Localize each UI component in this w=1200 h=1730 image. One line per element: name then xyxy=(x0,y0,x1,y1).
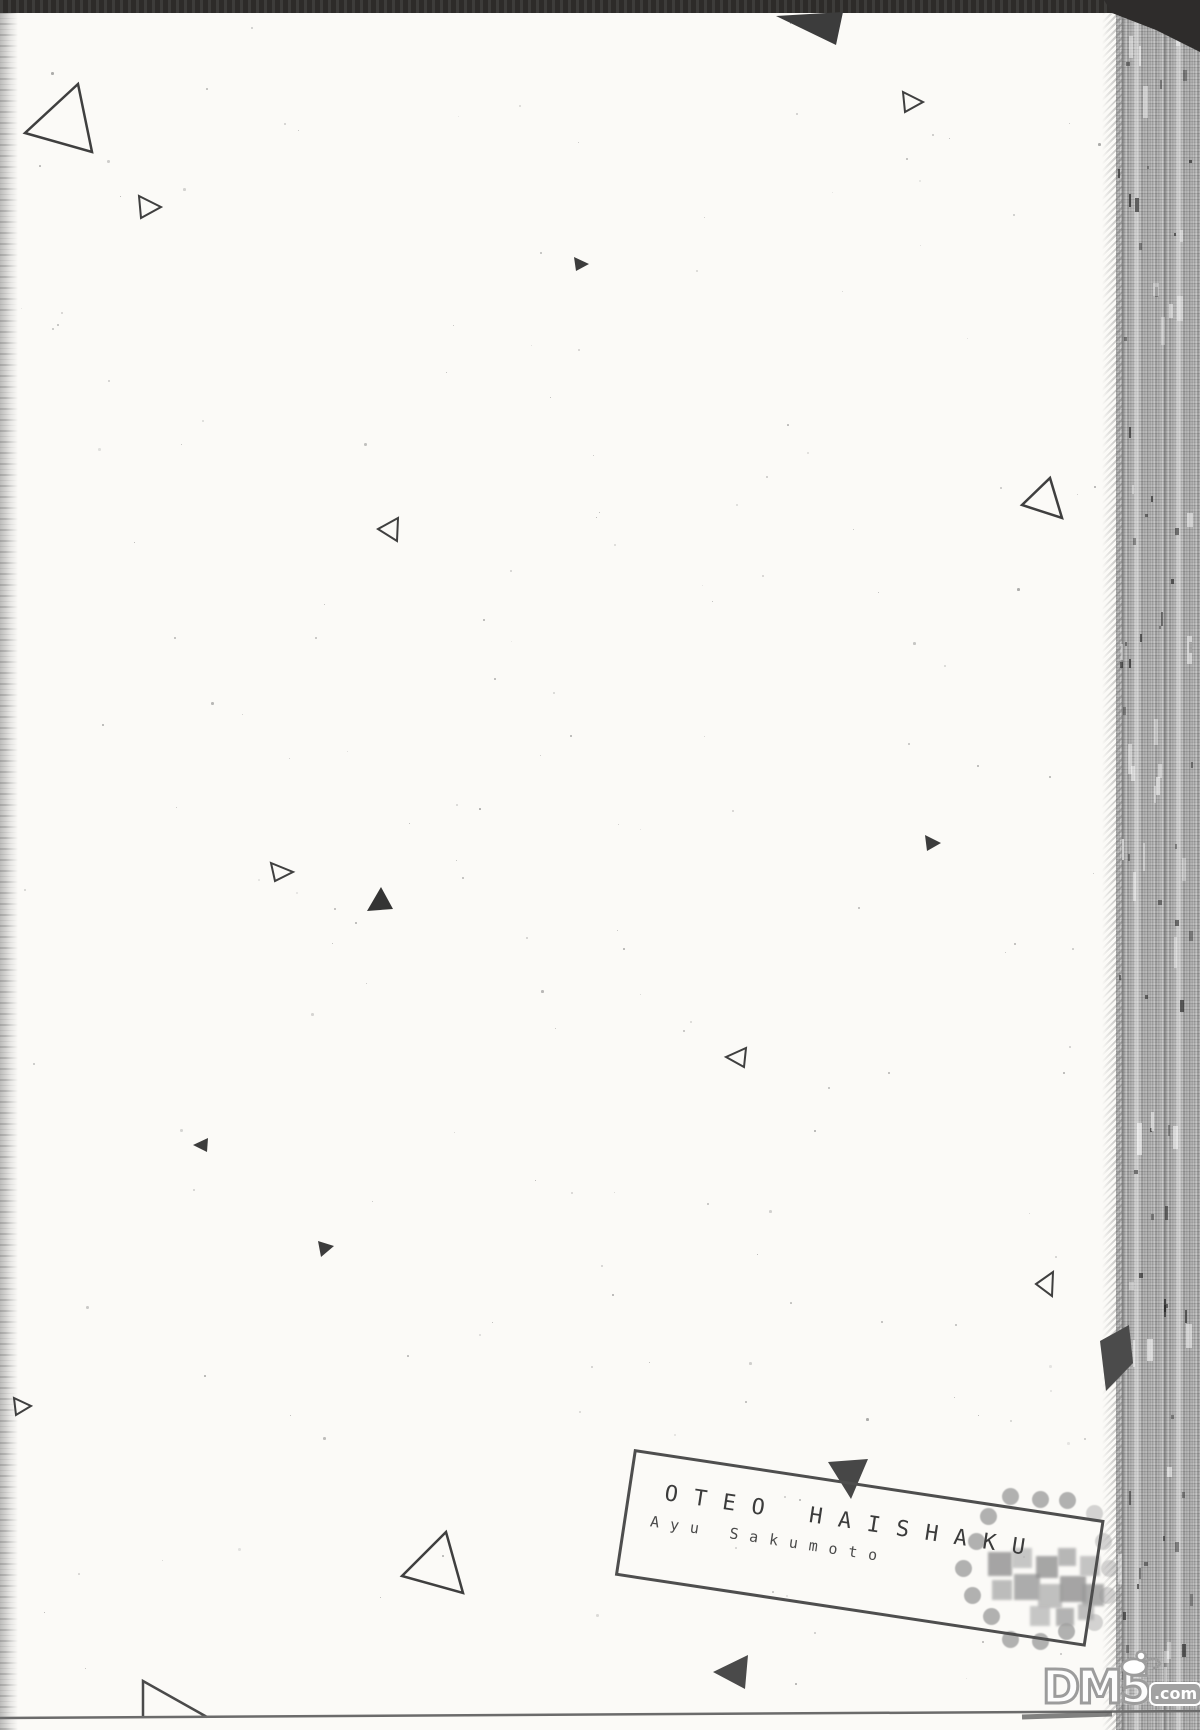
triangle-outline-icon xyxy=(14,1398,31,1415)
stamp-dot xyxy=(1059,1492,1076,1509)
triangle-corner-shape xyxy=(143,1681,207,1717)
dm5-com-badge: .com xyxy=(1151,1684,1200,1704)
gutter-dark-blotch xyxy=(1100,1325,1133,1391)
stamp-dot xyxy=(1002,1488,1019,1505)
triangle-filled-icon xyxy=(776,12,843,45)
triangle-outline-icon xyxy=(25,84,92,152)
stamp-dot xyxy=(1032,1491,1049,1508)
triangle-outline-icon xyxy=(1036,1272,1053,1296)
triangle-filled-icon xyxy=(318,1241,334,1257)
triangle-filled-icon xyxy=(193,1138,208,1152)
triangle-outline-icon xyxy=(903,92,923,112)
scanned-manga-page: OTEO HAISHAKU Ayu Sakumoto DM5.com xyxy=(0,0,1200,1730)
decoration-layer xyxy=(0,0,1200,1730)
page-bottom-line xyxy=(0,1711,1200,1718)
stamp-dot xyxy=(1101,1560,1118,1577)
triangle-outline-icon xyxy=(271,863,293,881)
scan-corner-top-right xyxy=(1104,0,1200,52)
triangle-filled-icon xyxy=(574,257,589,271)
triangle-filled-icon xyxy=(713,1655,748,1689)
triangle-outline-icon xyxy=(402,1532,463,1593)
triangle-outline-icon xyxy=(139,196,161,218)
page-bottom-line-dark-segment xyxy=(1022,1714,1112,1717)
triangle-outline-icon xyxy=(1022,478,1062,518)
triangle-filled-icon xyxy=(925,835,941,851)
dm5-watermark: DM5.com xyxy=(1042,1664,1200,1710)
mouse-doodle-icon xyxy=(1118,1648,1164,1678)
triangle-outline-icon xyxy=(726,1048,746,1067)
triangle-outline-icon xyxy=(378,518,398,541)
triangle-filled-icon xyxy=(367,887,393,911)
